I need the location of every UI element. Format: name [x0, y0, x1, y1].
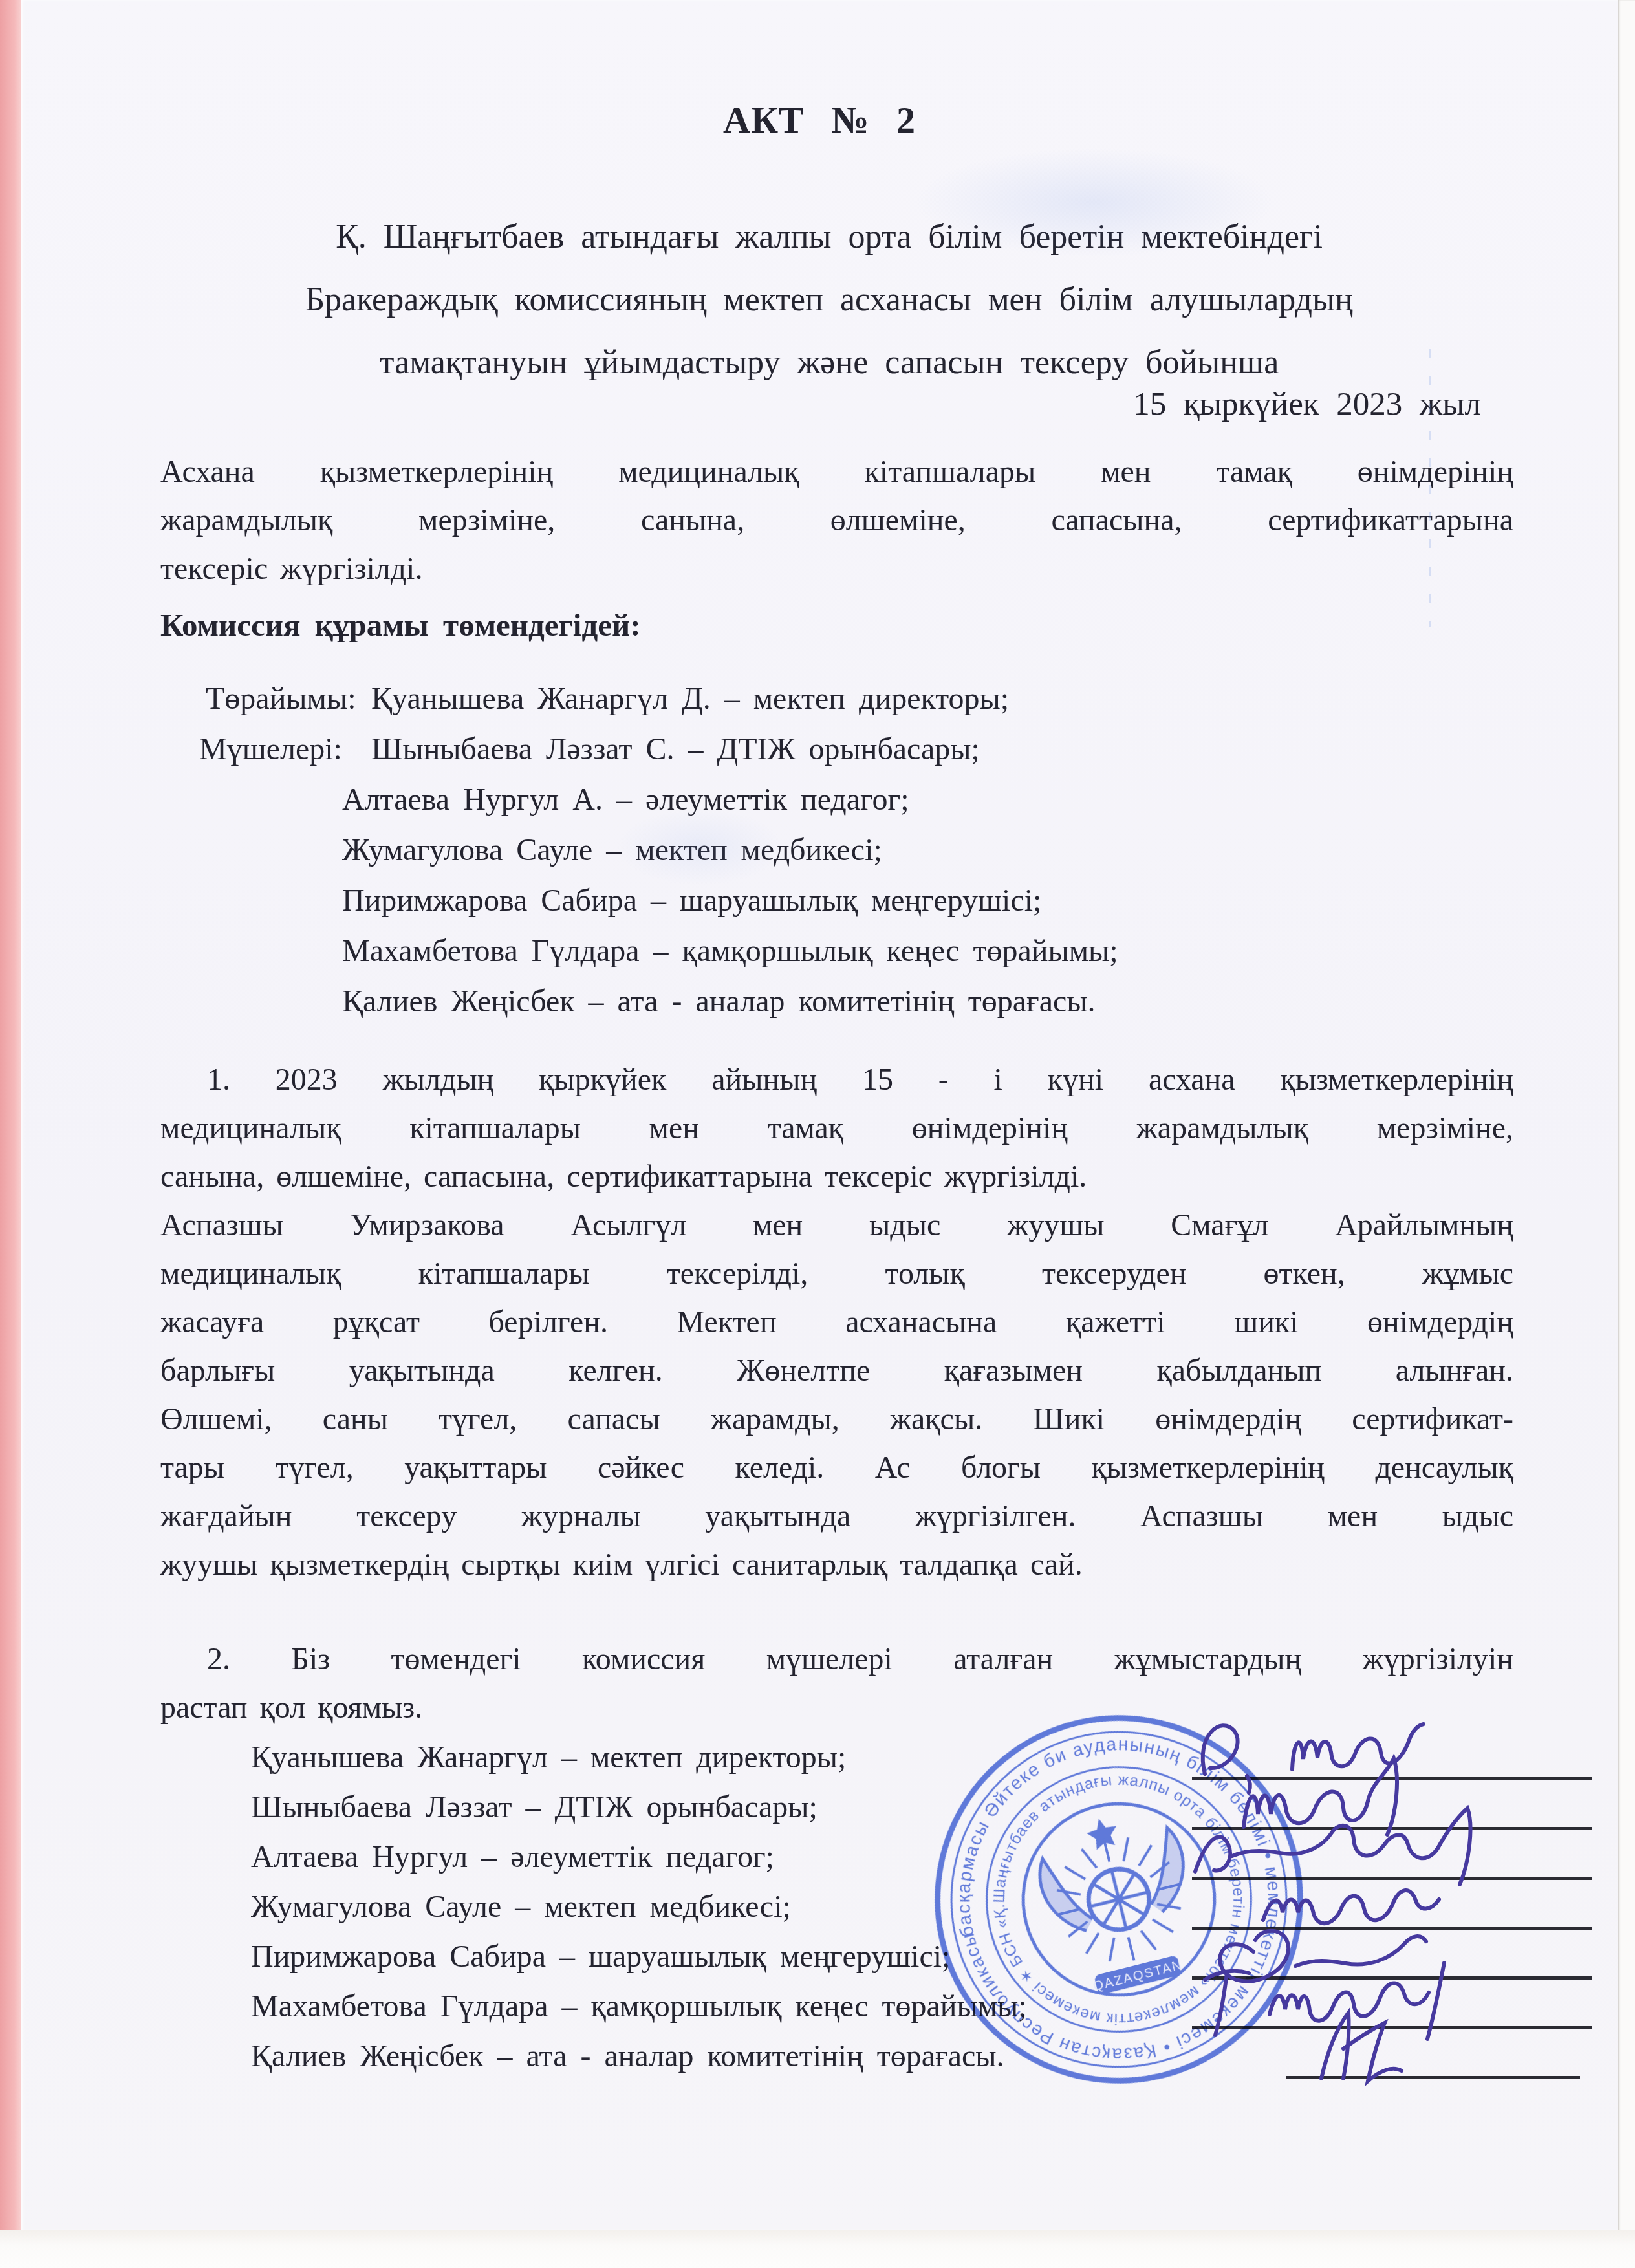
- page-title: АКТ № 2: [21, 98, 1618, 142]
- signatory-name: Жумагулова Сауле – мектеп медбикесі;: [251, 1890, 791, 1924]
- subtitle-line: тамақтануын ұйымдастыру және сапасын тек…: [186, 331, 1473, 394]
- signature-row: Қалиев Жеңісбек – ата - аналар комитетін…: [160, 2038, 1618, 2088]
- chair-name: Қуанышева Жанаргүл Д. – мектеп директоры…: [371, 682, 1009, 716]
- signatory-name: Пиримжарова Сабира – шаруашылық меңгеруш…: [251, 1939, 950, 1974]
- paragraph-line: 1. 2023 жылдың қыркүйек айының 15 - і кү…: [160, 1055, 1513, 1104]
- member-name: Пиримжарова Сабира – шаруашылық меңгеруш…: [160, 876, 1513, 926]
- paragraph-line: тексеріс жүргізілді.: [160, 545, 1513, 593]
- signatory-name: Шыныбаева Ләззат – ДТІЖ орынбасары;: [251, 1790, 817, 1824]
- member-name: Алтаева Нургул А. – әлеуметтік педагог;: [160, 775, 1513, 825]
- document-date: 15 қыркүйек 2023 жыл: [1133, 385, 1481, 423]
- paragraph-line: тары түгел, уақыттары сәйкес келеді. Ас …: [160, 1443, 1513, 1492]
- commission-chair-row: Төрайымы:Қуанышева Жанаргүл Д. – мектеп …: [160, 674, 1513, 724]
- scanned-document-page: { "document": { "title": "АКТ № 2", "sub…: [0, 0, 1635, 2268]
- signature-block: Қуанышева Жанаргүл – мектеп директоры; Ш…: [160, 1740, 1618, 2088]
- signatory-name: Алтаева Нургул – әлеуметтік педагог;: [251, 1840, 774, 1874]
- paragraph-line: жағдайын тексеру журналы уақытында жүргі…: [160, 1492, 1513, 1540]
- left-wing: [1035, 1850, 1095, 1939]
- paragraph-line: Аспазшы Умирзакова Асылгүл мен ыдыс жууш…: [160, 1201, 1513, 1249]
- members-label: Мүшелері:: [199, 724, 371, 775]
- document-subtitle: Қ. Шаңғытбаев атындағы жалпы орта білім …: [186, 206, 1473, 394]
- paragraph-line: жасауға рұқсат берілген. Мектеп асханасы…: [160, 1298, 1513, 1346]
- member-name: Махамбетова Гүлдара – қамқоршылық кеңес …: [160, 926, 1513, 977]
- commission-heading: Комиссия құрамы төмендегідей:: [160, 607, 641, 643]
- paragraph-line: 2. Біз төмендегі комиссия мүшелері аталғ…: [160, 1635, 1513, 1683]
- paragraph-line: медициналық кітапшалары мен тамақ өнімде…: [160, 1104, 1513, 1152]
- document-paper: АКТ № 2 Қ. Шаңғытбаев атындағы жалпы орт…: [21, 0, 1618, 2231]
- commission-list: Төрайымы:Қуанышева Жанаргүл Д. – мектеп …: [160, 674, 1513, 1027]
- paragraph-line: барлығы уақытында келген. Жөнелтпе қағаз…: [160, 1346, 1513, 1395]
- chair-label: Төрайымы:: [206, 674, 371, 724]
- commission-members-row: Мүшелері:Шыныбаева Ләззат С. – ДТІЖ орын…: [160, 724, 1513, 775]
- member-name: Жумагулова Сауле – мектеп медбикесі;: [160, 825, 1513, 876]
- scanner-background-right-edge: [1618, 0, 1635, 2268]
- scanner-background-bottom-edge: [0, 2230, 1635, 2268]
- body-paragraph-1: 1. 2023 жылдың қыркүйек айының 15 - і кү…: [160, 1055, 1513, 1589]
- signatory-name: Қалиев Жеңісбек – ата - аналар комитетін…: [251, 2039, 1004, 2073]
- member-name: Шыныбаева Ләззат С. – ДТІЖ орынбасары;: [371, 732, 980, 766]
- paragraph-line: санына, өлшеміне, сапасына, сертификатта…: [160, 1152, 1513, 1201]
- subtitle-line: Қ. Шаңғытбаев атындағы жалпы орта білім …: [186, 206, 1473, 268]
- scanner-background-left-edge: [0, 0, 21, 2239]
- handwritten-signature-ink: [1160, 1998, 1586, 2108]
- intro-paragraph: Асхана қызметкерлерінің медициналық кіта…: [160, 448, 1513, 593]
- paragraph-line: медициналық кітапшалары тексерілді, толы…: [160, 1249, 1513, 1298]
- paragraph-line: жарамдылық мерзіміне, санына, өлшеміне, …: [160, 496, 1513, 545]
- signatory-name: Махамбетова Гүлдара – қамқоршылық кеңес …: [251, 1989, 1027, 2024]
- star-icon: [1084, 1815, 1120, 1852]
- member-name: Қалиев Жеңісбек – ата - аналар комитетін…: [160, 977, 1513, 1027]
- subtitle-line: Бракераждық комиссияның мектеп асханасы …: [186, 268, 1473, 331]
- paragraph-line: Асхана қызметкерлерінің медициналық кіта…: [160, 448, 1513, 496]
- paragraph-line: Өлшемі, саны түгел, сапасы жарамды, жақс…: [160, 1395, 1513, 1443]
- signatory-name: Қуанышева Жанаргүл – мектеп директоры;: [251, 1740, 846, 1775]
- paragraph-line: жуушы қызметкердің сыртқы киім үлгісі са…: [160, 1540, 1513, 1589]
